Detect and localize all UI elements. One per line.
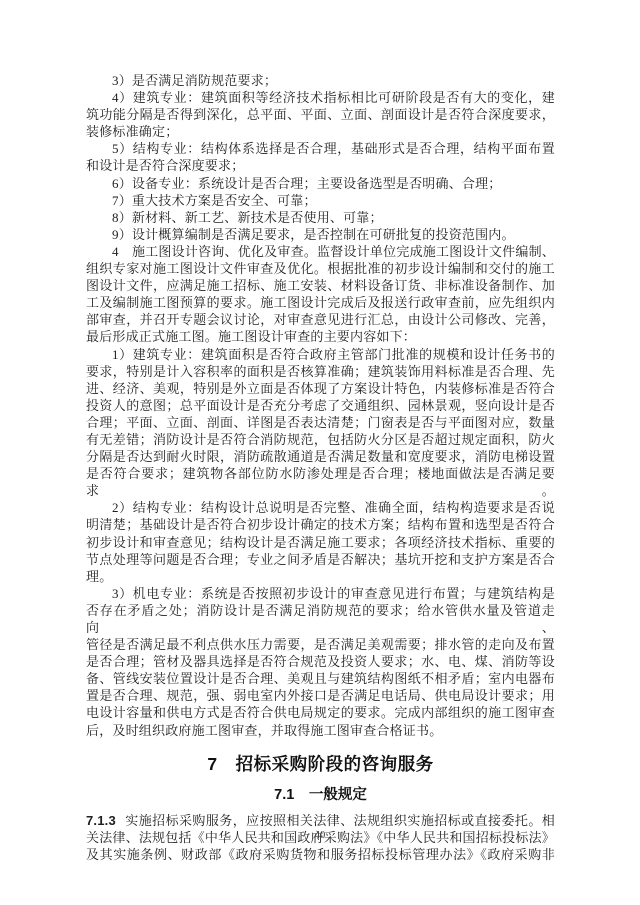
text-line: 节点处理等问题是否合理；专业之间矛盾是否解决；基坑开挖和支护方案是否合 bbox=[86, 551, 555, 568]
text-line: 合理；平面、立面、剖面、详图是否表达清楚；门窗表是否与平面图对应，数量 bbox=[86, 414, 555, 431]
text-line: 和设计是否符合深度要求； bbox=[86, 157, 555, 174]
text-line: 分隔是否达到耐火时限，消防疏散通道是否满足数量和宽度要求，消防电梯设置 bbox=[86, 448, 555, 465]
paragraph: 8）新材料、新工艺、新技术是否使用、可靠； bbox=[86, 209, 555, 226]
subsection-heading: 7.1 一般规定 bbox=[86, 785, 555, 805]
section-heading: 7 招标采购阶段的咨询服务 bbox=[86, 752, 555, 776]
text-line: 是否符合要求；建筑物各部位防水防渗处理是否合理；楼地面做法是否满足要求。 bbox=[86, 465, 555, 499]
text-line: 8）新材料、新工艺、新技术是否使用、可靠； bbox=[86, 209, 555, 226]
paragraph: 4 施工图设计咨询、优化及审查。监督设计单位完成施工图设计文件编制、组织专家对施… bbox=[86, 243, 555, 346]
paragraph: 9）设计概算编制是否满足要求，是否控制在可研批复的投资范围内。 bbox=[86, 226, 555, 243]
text-line: 3）机电专业：系统是否按照初步设计的审查意见进行布置；与建筑结构是 bbox=[86, 585, 555, 602]
text-line: 7）重大技术方案是否安全、可靠； bbox=[86, 192, 555, 209]
text-line: 有无差错；消防设计是否符合消防规范，包括防火分区是否超过规定面积，防火 bbox=[86, 431, 555, 448]
paragraph: 5）结构专业：结构体系选择是否合理，基础形式是否合理，结构平面布置和设计是否符合… bbox=[86, 140, 555, 174]
text-line: 4 施工图设计咨询、优化及审查。监督设计单位完成施工图设计文件编制、 bbox=[86, 243, 555, 260]
text-line: 投资人的意图；总平面设计是否充分考虑了交通组织、园林景观，竖向设计是否 bbox=[86, 397, 555, 414]
text-line: 管径是否满足最不利点供水压力需要，是否满足美观需要；排水管的走向及布置 bbox=[86, 636, 555, 653]
text-line: 组织专家对施工图设计文件审查及优化。根据批准的初步设计编制和交付的施工 bbox=[86, 260, 555, 277]
text-line: 理。 bbox=[86, 568, 555, 585]
text-line: 9）设计概算编制是否满足要求，是否控制在可研批复的投资范围内。 bbox=[86, 226, 555, 243]
page-number: 40 bbox=[0, 829, 640, 843]
text-line: 初步设计和审查意见；结构设计是否满足施工要求；各项经济技术指标、重要的 bbox=[86, 534, 555, 551]
paragraph: 1）建筑专业：建筑面积是否符合政府主管部门批准的规模和设计任务书的要求，特别是计… bbox=[86, 346, 555, 500]
text-line: 6）设备专业：系统设计是否合理；主要设备选型是否明确、合理； bbox=[86, 175, 555, 192]
paragraph: 4）建筑专业：建筑面积等经济技术指标相比可研阶段是否有大的变化，建筑功能分隔是否… bbox=[86, 89, 555, 140]
text-line: 图设计文件，应满足施工招标、施工安装、材料设备订货、非标准设备制作、加 bbox=[86, 277, 555, 294]
text-line: 2）结构专业：结构设计总说明是否完整、准确全面，结构构造要求是否说 bbox=[86, 499, 555, 516]
page-content: 3）是否满足消防规范要求；4）建筑专业：建筑面积等经济技术指标相比可研阶段是否有… bbox=[86, 72, 555, 863]
paragraph: 3）是否满足消防规范要求； bbox=[86, 72, 555, 89]
text-line: 否存在矛盾之处；消防设计是否满足消防规范的要求；给水管供水量及管道走向、 bbox=[86, 602, 555, 636]
text-line: 4）建筑专业：建筑面积等经济技术指标相比可研阶段是否有大的变化，建 bbox=[86, 89, 555, 106]
paragraph: 7）重大技术方案是否安全、可靠； bbox=[86, 192, 555, 209]
text-line: 1）建筑专业：建筑面积是否符合政府主管部门批准的规模和设计任务书的 bbox=[86, 346, 555, 363]
document-page: 3）是否满足消防规范要求；4）建筑专业：建筑面积等经济技术指标相比可研阶段是否有… bbox=[0, 0, 640, 905]
text-line: 要求，特别是计入容积率的面积是否核算准确；建筑装饰用料标准是否合理、先 bbox=[86, 363, 555, 380]
text-line: 是否合理；管材及器具选择是否符合规范及投资人要求；水、电、煤、消防等设 bbox=[86, 653, 555, 670]
text-line: 5）结构专业：结构体系选择是否合理，基础形式是否合理，结构平面布置 bbox=[86, 140, 555, 157]
text-line: 进、经济、美观，特别是外立面是否体现了方案设计特色，内装修标准是否符合 bbox=[86, 380, 555, 397]
text-line: 部审查，并召开专题会议讨论，对审查意见进行汇总，由设计公司修改、完善， bbox=[86, 311, 555, 328]
text-line: 电设计容量和供电方式是否符合供电局规定的要求。完成内部组织的施工图审查 bbox=[86, 704, 555, 721]
paragraph: 6）设备专业：系统设计是否合理；主要设备选型是否明确、合理； bbox=[86, 175, 555, 192]
text-line: 工及编制施工图预算的要求。施工图设计完成后及报送行政审查前，应先组织内 bbox=[86, 294, 555, 311]
text-line: 置是否合理、规范，强、弱电室内外接口是否满足电话局、供电局设计要求；用 bbox=[86, 687, 555, 704]
text-line: 筑功能分隔是否得到深化，总平面、平面、立面、剖面设计是否符合深度要求， bbox=[86, 106, 555, 123]
text-line: 后，及时组织政府施工图审查，并取得施工图审查合格证书。 bbox=[86, 722, 555, 739]
text-line: 及其实施条例、财政部《政府采购货物和服务招标投标管理办法》《政府采购非 bbox=[86, 846, 555, 863]
text-line: 最后形成正式施工图。施工图设计审查的主要内容如下： bbox=[86, 328, 555, 345]
paragraph: 3）机电专业：系统是否按照初步设计的审查意见进行布置；与建筑结构是否存在矛盾之处… bbox=[86, 585, 555, 739]
paragraph: 2）结构专业：结构设计总说明是否完整、准确全面，结构构造要求是否说明清楚；基础设… bbox=[86, 499, 555, 584]
text-line: 7.1.3实施招标采购服务，应按照相关法律、法规组织实施招标或直接委托。相 bbox=[86, 812, 555, 829]
text-line: 装修标准确定； bbox=[86, 123, 555, 140]
clause-number: 7.1.3 bbox=[86, 813, 116, 828]
text-line: 备、管线安装位置设计是否合理、美观且与建筑结构图纸不相矛盾；室内电器布 bbox=[86, 670, 555, 687]
text-line: 明清楚；基础设计是否符合初步设计确定的技术方案；结构布置和选型是否符合 bbox=[86, 516, 555, 533]
text-line: 3）是否满足消防规范要求； bbox=[86, 72, 555, 89]
